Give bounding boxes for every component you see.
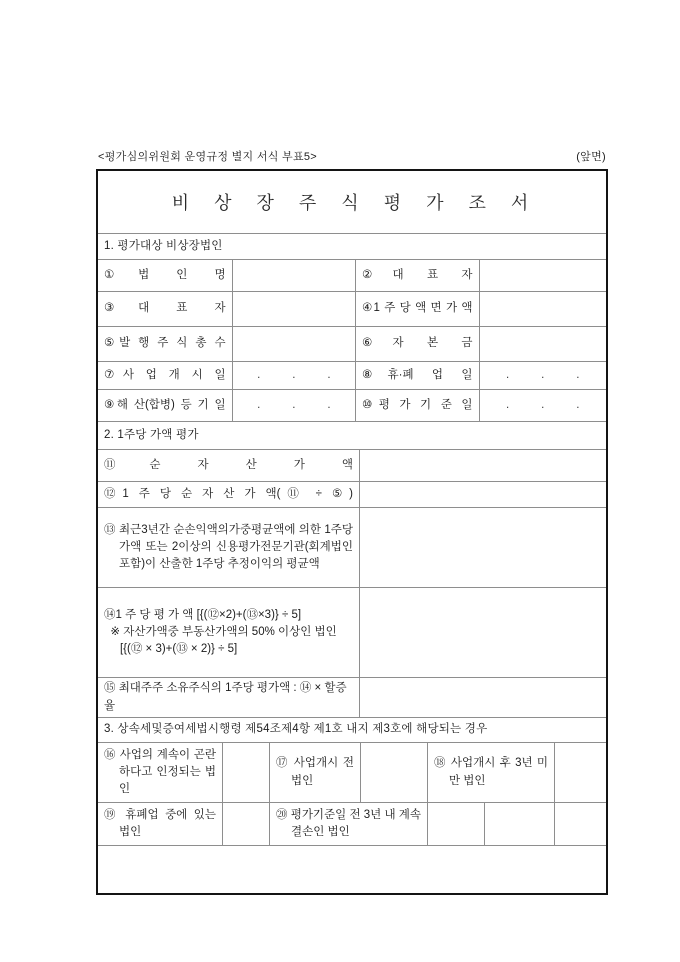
- doc-header: <평가심의위원회 운영규정 별지 서식 부표5> (앞면): [96, 148, 608, 164]
- continuous-deficit-corporation-label: ⑳ 평가기준일 전 3년 내 계속 결손인 법인: [270, 803, 428, 846]
- under-3years-corporation-value: [555, 743, 606, 803]
- business-start-date-value: . . .: [233, 362, 356, 390]
- per-share-appraised-value-value: [360, 588, 606, 678]
- per-share-net-asset-value-label: ⑫1 주 당 순 자 산 가 액(⑪ ÷ ⑤): [98, 482, 360, 508]
- largest-shareholder-premium-value: [360, 678, 606, 718]
- closed-corporation-value: [223, 803, 270, 846]
- business-continuation-difficulty-label: ⑯ 사업의 계속이 곤란하다고 인정되는 법인: [98, 743, 223, 803]
- dissolution-registration-date-label: ⑨해 산(합병) 등 기 일: [98, 390, 233, 422]
- par-value-per-share-value: [480, 292, 606, 327]
- section2-per-share-valuation: 2. 1주당 가액 평가 ⑪순 자 산 가 액 ⑫1 주 당 순 자 산 가 액…: [98, 422, 606, 718]
- weighted-average-income-per-share-label: ⑬ 최근3년간 순손익액의가중평균액에 의한 1주당가액 또는 2이상의 신용평…: [98, 508, 360, 588]
- page-side-label: (앞면): [576, 148, 606, 164]
- per-share-net-asset-value-value: [360, 482, 606, 508]
- footer-empty-area: [98, 846, 606, 893]
- total-issued-shares-label: ⑤발 행 주 식 총 수: [98, 327, 233, 362]
- corporate-name-label: ①법 인 명: [98, 260, 233, 292]
- net-asset-value-label: ⑪순 자 산 가 액: [98, 450, 360, 482]
- pre-start-corporation-value: [361, 743, 428, 803]
- closed-corporation-label: ⑲ 휴폐업 중에 있는 법인: [98, 803, 223, 846]
- section1-heading: 1. 평가대상 비상장법인: [98, 234, 606, 260]
- empty-cell-1: [485, 803, 555, 846]
- corporate-name-value: [233, 260, 356, 292]
- form-reference-label: <평가심의위원회 운영규정 별지 서식 부표5>: [98, 148, 317, 164]
- representative-value: [480, 260, 606, 292]
- par-value-per-share-label: ④1 주 당 액 면 가 액: [356, 292, 479, 327]
- per-share-appraised-value-label: ⑭1 주 당 평 가 액 [{(⑫×2)+(⑬×3)} ÷ 5] ※ 자산가액중…: [98, 588, 360, 678]
- section2-heading: 2. 1주당 가액 평가: [98, 422, 606, 450]
- capital-label: ⑥자 본 금: [356, 327, 479, 362]
- empty-cell-2: [555, 803, 606, 846]
- business-continuation-difficulty-value: [223, 743, 270, 803]
- form-title: 비 상 장 주 식 평 가 조 서: [98, 171, 606, 234]
- net-asset-value-value: [360, 450, 606, 482]
- representative2-label: ③대 표 자: [98, 292, 233, 327]
- under-3years-corporation-label: ⑱ 사업개시 후 3년 미만 법인: [428, 743, 555, 803]
- capital-value: [480, 327, 606, 362]
- business-start-date-label: ⑦사 업 개 시 일: [98, 362, 233, 390]
- representative2-value: [233, 292, 356, 327]
- section3-heading-row: 3. 상속세및증여세법시행령 제54조제4항 제1호 내지 제3호에 해당되는 …: [98, 718, 606, 743]
- continuous-deficit-corporation-value: [428, 803, 485, 846]
- total-issued-shares-value: [233, 327, 356, 362]
- pre-start-corporation-label: ⑰ 사업개시 전 법인: [270, 743, 361, 803]
- weighted-average-income-per-share-value: [360, 508, 606, 588]
- form-page: <평가심의위원회 운영규정 별지 서식 부표5> (앞면) 비 상 장 주 식 …: [96, 148, 608, 895]
- section3-heading: 3. 상속세및증여세법시행령 제54조제4항 제1호 내지 제3호에 해당되는 …: [98, 718, 606, 743]
- dissolution-registration-date-value: . . .: [233, 390, 356, 422]
- section1-target-corporation: 1. 평가대상 비상장법인 ①법 인 명 ②대 표 자 ③대 표 자 ④1 주 …: [98, 234, 606, 422]
- closure-date-label: ⑧휴·폐 업 일: [356, 362, 479, 390]
- representative-label: ②대 표 자: [356, 260, 479, 292]
- largest-shareholder-premium-label: ⑮ 최대주주 소유주식의 1주당 평가액 : ⑭ × 할증율: [98, 678, 360, 718]
- closure-date-value: . . .: [480, 362, 606, 390]
- valuation-base-date-label: ⑩평 가 기 준 일: [356, 390, 479, 422]
- valuation-base-date-value: . . .: [480, 390, 606, 422]
- section3-special-cases: ⑯ 사업의 계속이 곤란하다고 인정되는 법인 ⑰ 사업개시 전 법인 ⑱ 사업…: [98, 743, 606, 893]
- form-table: 비 상 장 주 식 평 가 조 서 1. 평가대상 비상장법인 ①법 인 명 ②…: [96, 169, 608, 895]
